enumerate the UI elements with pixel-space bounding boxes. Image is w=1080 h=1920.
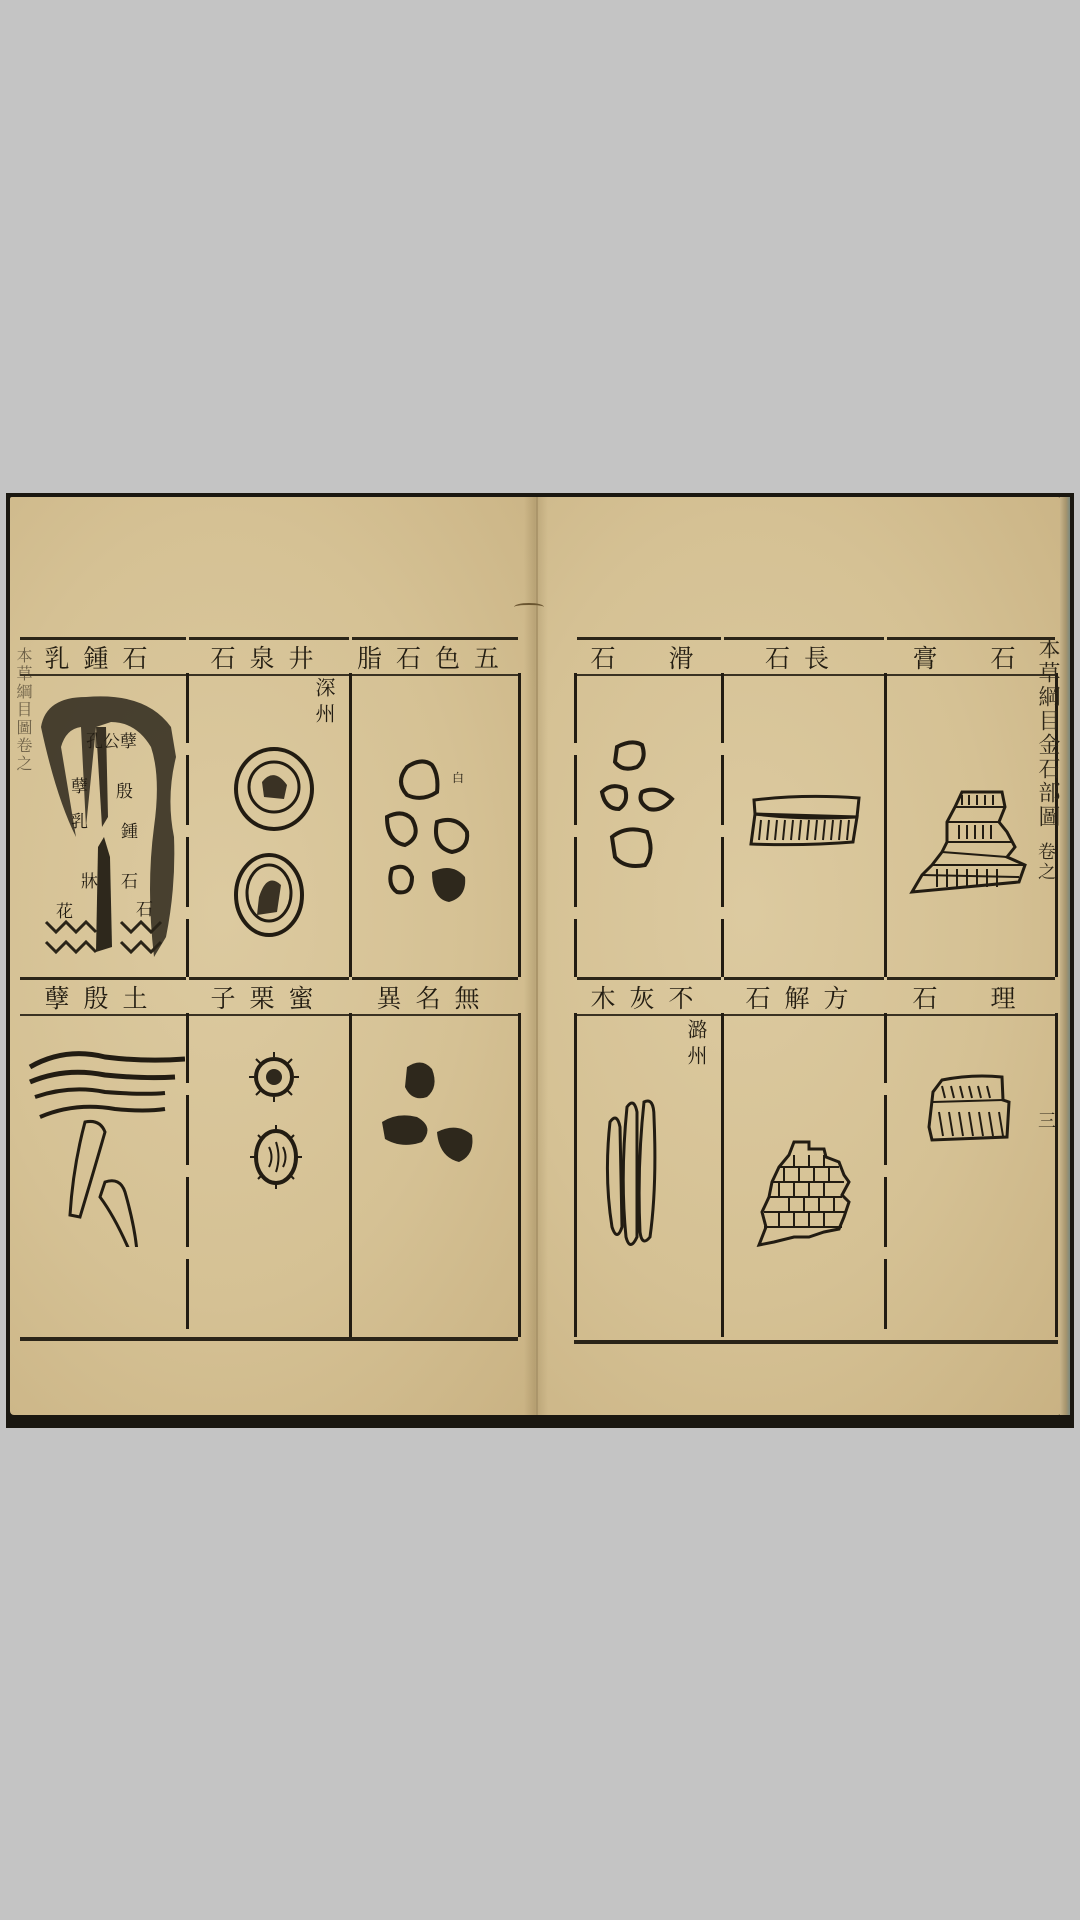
location-label: 潞州 <box>682 1019 711 1071</box>
svg-text:孽: 孽 <box>71 777 88 797</box>
cell-title: 石 理 <box>887 977 1055 1016</box>
gypsum-illustration <box>907 787 1027 897</box>
cell-title: 脂石色五 <box>352 637 518 676</box>
svg-text:石: 石 <box>136 900 153 920</box>
cell-title: 石 滑 <box>577 637 721 676</box>
left-grid: 乳鍾石 孔公孽 孽 殷 乳 鍾 牀 <box>20 637 518 1341</box>
nameless-wonder-illustration <box>377 1057 497 1187</box>
feldspar-illustration <box>749 792 864 852</box>
cell-title: 石泉井 <box>189 637 349 676</box>
svg-text:殷: 殷 <box>116 782 133 802</box>
earth-stalactite-illustration <box>25 1047 185 1247</box>
honey-chestnut-illustration <box>234 1047 314 1197</box>
cell-honey-chestnut: 子栗蜜 <box>189 977 349 1337</box>
stalactite-illustration: 孔公孽 孽 殷 乳 鍾 牀 石 花 石 <box>26 687 186 972</box>
svg-text:牀: 牀 <box>81 872 98 892</box>
location-label: 深州 <box>310 677 339 729</box>
talc-illustration <box>597 737 697 877</box>
binding-thread <box>514 603 544 611</box>
right-page: 石 滑 石長 <box>536 497 1062 1415</box>
calcite-illustration <box>754 1137 859 1247</box>
white-annotation: 白 <box>452 771 464 785</box>
five-color-clay-illustration: 白 <box>377 757 497 927</box>
cell-talc: 石 滑 <box>577 637 721 977</box>
right-row-2: 木灰不 潞州 石解方 <box>574 977 1058 1337</box>
margin-volume: 卷之 <box>1032 842 1058 882</box>
svg-text:花: 花 <box>56 902 73 922</box>
page-border <box>1055 1013 1058 1337</box>
cell-five-color-clay: 脂石色五 白 <box>352 637 518 977</box>
left-page: 本草綱目圖卷之 乳鍾石 孔公孽 孽 殷 乳 <box>10 497 540 1415</box>
cell-title: 異名無 <box>352 977 518 1016</box>
svg-text:鍾: 鍾 <box>121 822 138 842</box>
page-border <box>518 673 521 977</box>
cell-asbestos: 木灰不 潞州 <box>577 977 721 1337</box>
left-row-1: 乳鍾石 孔公孽 孽 殷 乳 鍾 牀 <box>20 637 518 977</box>
svg-text:石: 石 <box>121 872 138 892</box>
li-stone-illustration <box>927 1072 1012 1147</box>
cell-title: 石長 <box>724 637 884 676</box>
cell-earth-stalactite: 孽殷土 <box>20 977 186 1337</box>
cell-li-stone: 石 理 <box>887 977 1055 1337</box>
book-scan: 本草綱目圖卷之 乳鍾石 孔公孽 孽 殷 乳 <box>6 493 1074 1428</box>
cell-gypsum: 膏 石 <box>887 637 1055 977</box>
left-row-2: 孽殷土 子栗蜜 <box>20 977 518 1337</box>
cell-title: 膏 石 <box>887 637 1055 676</box>
asbestos-illustration <box>602 1097 662 1257</box>
cell-well-spring-stone: 石泉井 深州 <box>189 637 349 977</box>
right-grid: 石 滑 石長 <box>574 637 1058 1344</box>
cell-title: 孽殷土 <box>20 977 186 1016</box>
margin-title: 本草綱目金石部圖 <box>1032 637 1063 829</box>
cell-nameless-wonder: 異名無 <box>352 977 518 1337</box>
cell-stalactite: 乳鍾石 孔公孽 孽 殷 乳 鍾 牀 <box>20 637 186 977</box>
page-number: 三 <box>1038 1107 1056 1133</box>
svg-text:乳: 乳 <box>71 812 88 832</box>
bleed-through-text <box>546 697 566 711</box>
right-row-1: 石 滑 石長 <box>574 637 1058 977</box>
cell-title: 木灰不 <box>577 977 721 1016</box>
cell-calcite: 石解方 <box>724 977 884 1337</box>
svg-text:孔公孽: 孔公孽 <box>86 732 137 752</box>
page-border <box>518 1013 521 1337</box>
well-spring-stone-illustration <box>229 747 319 947</box>
cell-title: 石解方 <box>724 977 884 1016</box>
cell-title: 乳鍾石 <box>20 637 186 676</box>
cell-feldspar: 石長 <box>724 637 884 977</box>
cell-title: 子栗蜜 <box>189 977 349 1016</box>
book-spine <box>524 497 548 1415</box>
